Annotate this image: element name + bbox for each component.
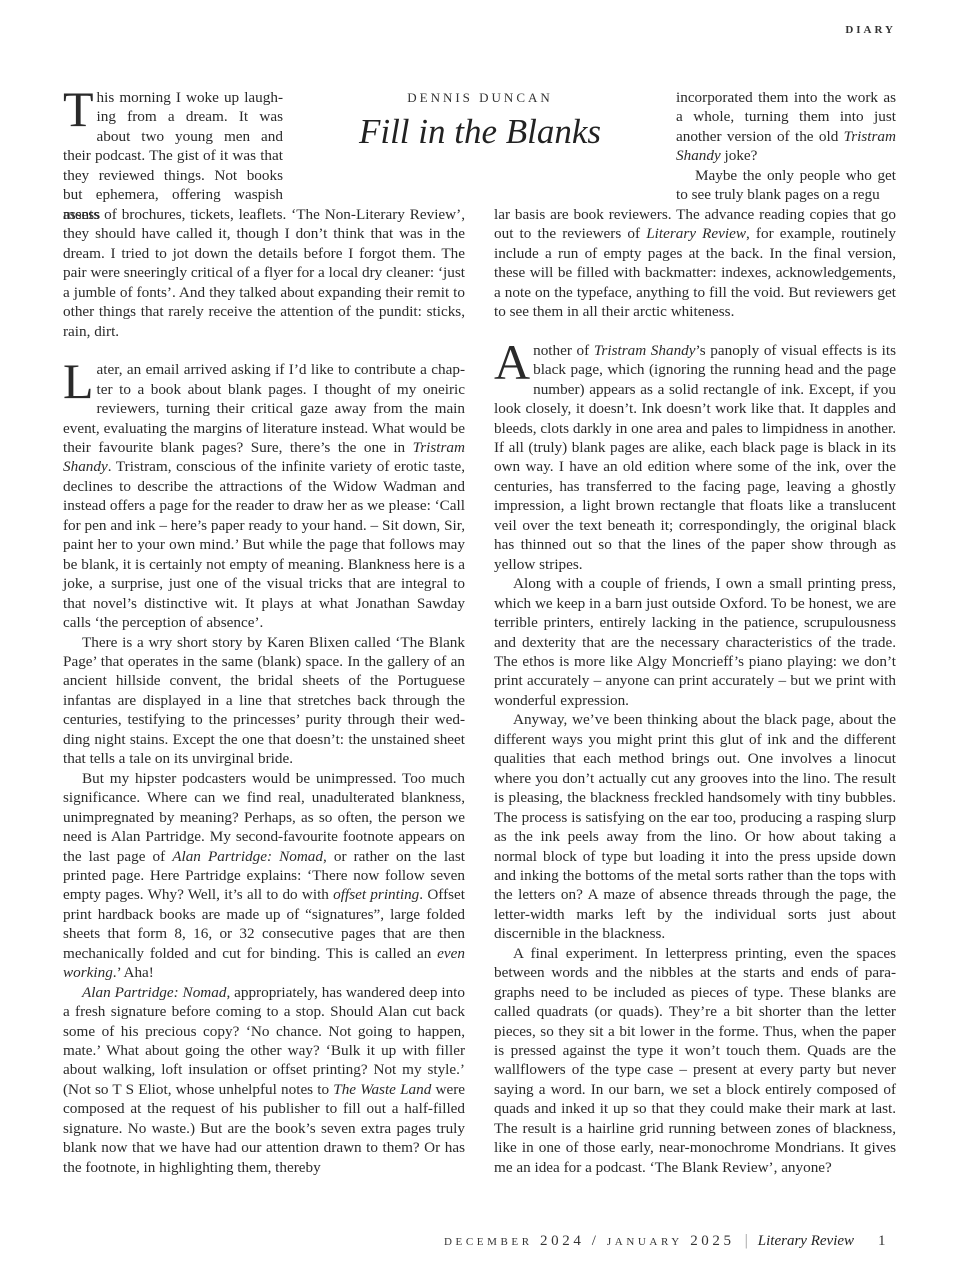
paragraph: Another of Tristram Shandy’s panoply of …: [494, 341, 896, 574]
paragraph: There is a wry short story by Karen Blix…: [63, 633, 465, 769]
paragraph: But my hipster podcasters would be unimp…: [63, 769, 465, 983]
left-column-body: ments of brochures, tickets, leaflets. ‘…: [63, 205, 465, 1177]
drop-cap: L: [63, 362, 94, 400]
drop-cap: A: [494, 343, 530, 381]
paragraph: Anyway, we’ve been thinking about the bl…: [494, 710, 896, 943]
page-number: 1: [878, 1233, 886, 1250]
paragraph: Alan Partridge: Nomad, appropriately, ha…: [63, 983, 465, 1178]
article-title: Fill in the Blanks: [350, 112, 610, 152]
author-byline: DENNIS DUNCAN: [362, 90, 598, 106]
issue-date: DECEMBER 2024 / JANUARY 2025: [444, 1233, 735, 1250]
left-column-intro: This morning I woke up laugh­ing from a …: [63, 88, 283, 224]
right-column-body: lar basis are book reviewers. The advanc…: [494, 205, 896, 1177]
paragraph: Maybe the only people who get to see tru…: [676, 166, 896, 205]
paragraph: incorporated them into the work as a who…: [676, 88, 896, 166]
paragraph: ments of brochures, tickets, leaflets. ‘…: [63, 205, 465, 341]
drop-cap: T: [63, 90, 94, 128]
paragraph: Later, an email arrived asking if I’d li…: [63, 360, 465, 632]
paragraph: lar basis are book reviewers. The advanc…: [494, 205, 896, 322]
right-column-intro: incorporated them into the work as a who…: [676, 88, 896, 205]
paragraph: Along with a couple of friends, I own a …: [494, 574, 896, 710]
magazine-name: Literary Review: [758, 1233, 854, 1250]
footer-separator: |: [745, 1232, 748, 1250]
page-footer: DECEMBER 2024 / JANUARY 2025 | Literary …: [444, 1232, 886, 1250]
section-label: DIARY: [845, 24, 896, 36]
paragraph: A final experiment. In letterpress print…: [494, 944, 896, 1177]
paragraph: This morning I woke up laugh­ing from a …: [63, 88, 283, 224]
